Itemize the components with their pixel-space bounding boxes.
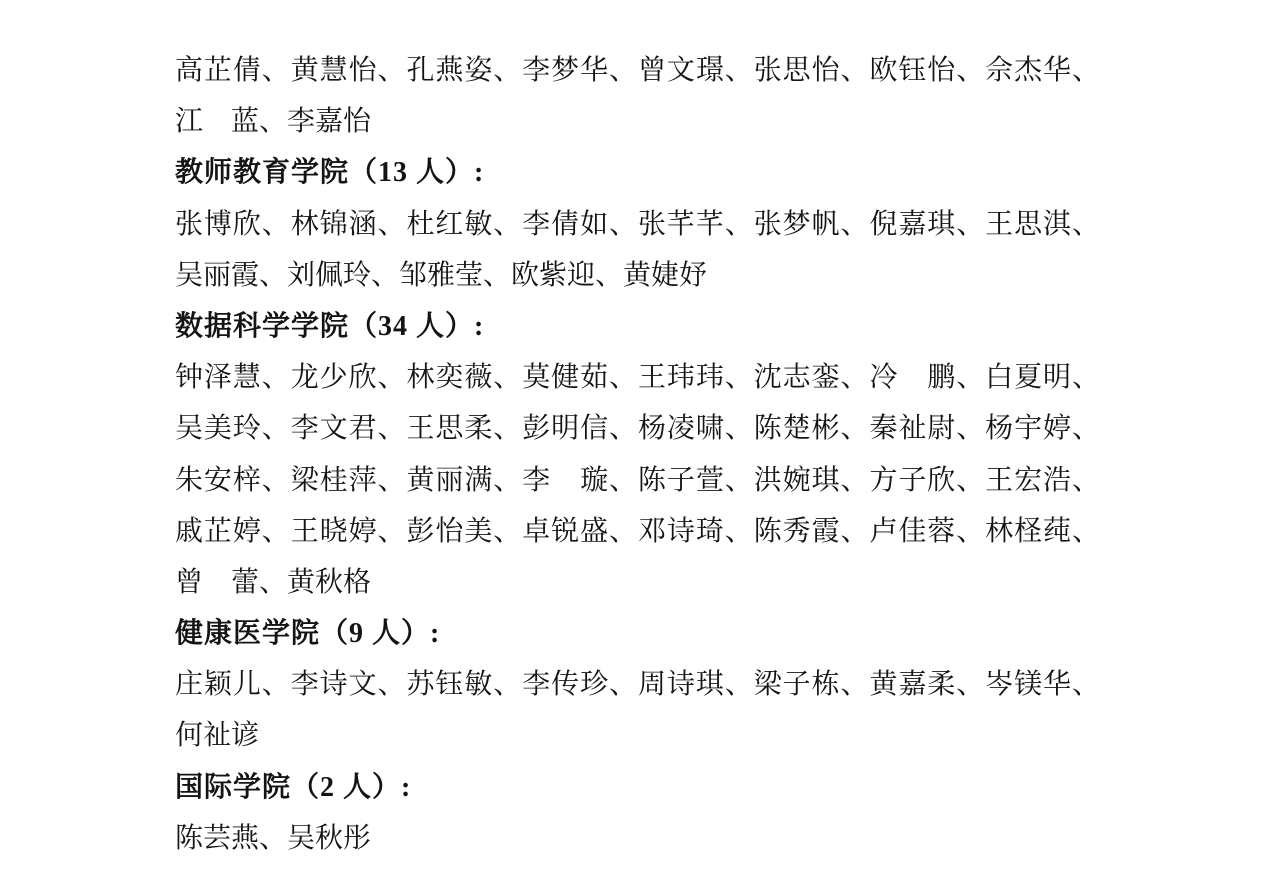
name-line: 江 蓝、李嘉怡 bbox=[175, 96, 1100, 147]
name-line: 钟泽慧、龙少欣、林奕薇、莫健茹、王玮玮、沈志銮、冷 鹏、白夏明、 bbox=[175, 352, 1100, 403]
name-line: 庄颖儿、李诗文、苏钰敏、李传珍、周诗琪、梁子栋、黄嘉柔、岑镁华、 bbox=[175, 659, 1100, 710]
name-line: 高芷倩、黄慧怡、孔燕姿、李梦华、曾文璟、张思怡、欧钰怡、佘杰华、 bbox=[175, 45, 1100, 96]
name-line: 曾 蕾、黄秋格 bbox=[175, 557, 1100, 608]
name-line: 何祉谚 bbox=[175, 710, 1100, 761]
section-continued-name-list: 高芷倩、黄慧怡、孔燕姿、李梦华、曾文璟、张思怡、欧钰怡、佘杰华、江 蓝、李嘉怡 bbox=[175, 45, 1100, 147]
section-heading: 教师教育学院（13 人）: bbox=[175, 147, 1100, 198]
section-health-medicine-college: 健康医学院（9 人）:庄颖儿、李诗文、苏钰敏、李传珍、周诗琪、梁子栋、黄嘉柔、岑… bbox=[175, 608, 1100, 762]
section-heading: 健康医学院（9 人）: bbox=[175, 608, 1100, 659]
name-line: 张博欣、林锦涵、杜红敏、李倩如、张芊芊、张梦帆、倪嘉琪、王思淇、 bbox=[175, 199, 1100, 250]
name-line: 戚芷婷、王晓婷、彭怡美、卓锐盛、邓诗琦、陈秀霞、卢佳蓉、林柽莼、 bbox=[175, 506, 1100, 557]
section-heading: 数据科学学院（34 人）: bbox=[175, 301, 1100, 352]
section-teacher-education-college: 教师教育学院（13 人）:张博欣、林锦涵、杜红敏、李倩如、张芊芊、张梦帆、倪嘉琪… bbox=[175, 147, 1100, 301]
name-line: 吴丽霞、刘佩玲、邹雅莹、欧紫迎、黄婕妤 bbox=[175, 250, 1100, 301]
section-heading: 国际学院（2 人）: bbox=[175, 762, 1100, 813]
name-line: 陈芸燕、吴秋彤 bbox=[175, 813, 1100, 864]
section-international-college: 国际学院（2 人）:陈芸燕、吴秋彤 bbox=[175, 762, 1100, 864]
name-line: 朱安梓、梁桂萍、黄丽满、李 璇、陈子萱、洪婉琪、方子欣、王宏浩、 bbox=[175, 455, 1100, 506]
name-line: 吴美玲、李文君、王思柔、彭明信、杨凌啸、陈楚彬、秦祉尉、杨宇婷、 bbox=[175, 403, 1100, 454]
section-data-science-college: 数据科学学院（34 人）:钟泽慧、龙少欣、林奕薇、莫健茹、王玮玮、沈志銮、冷 鹏… bbox=[175, 301, 1100, 608]
document-page: 高芷倩、黄慧怡、孔燕姿、李梦华、曾文璟、张思怡、欧钰怡、佘杰华、江 蓝、李嘉怡教… bbox=[0, 0, 1266, 887]
